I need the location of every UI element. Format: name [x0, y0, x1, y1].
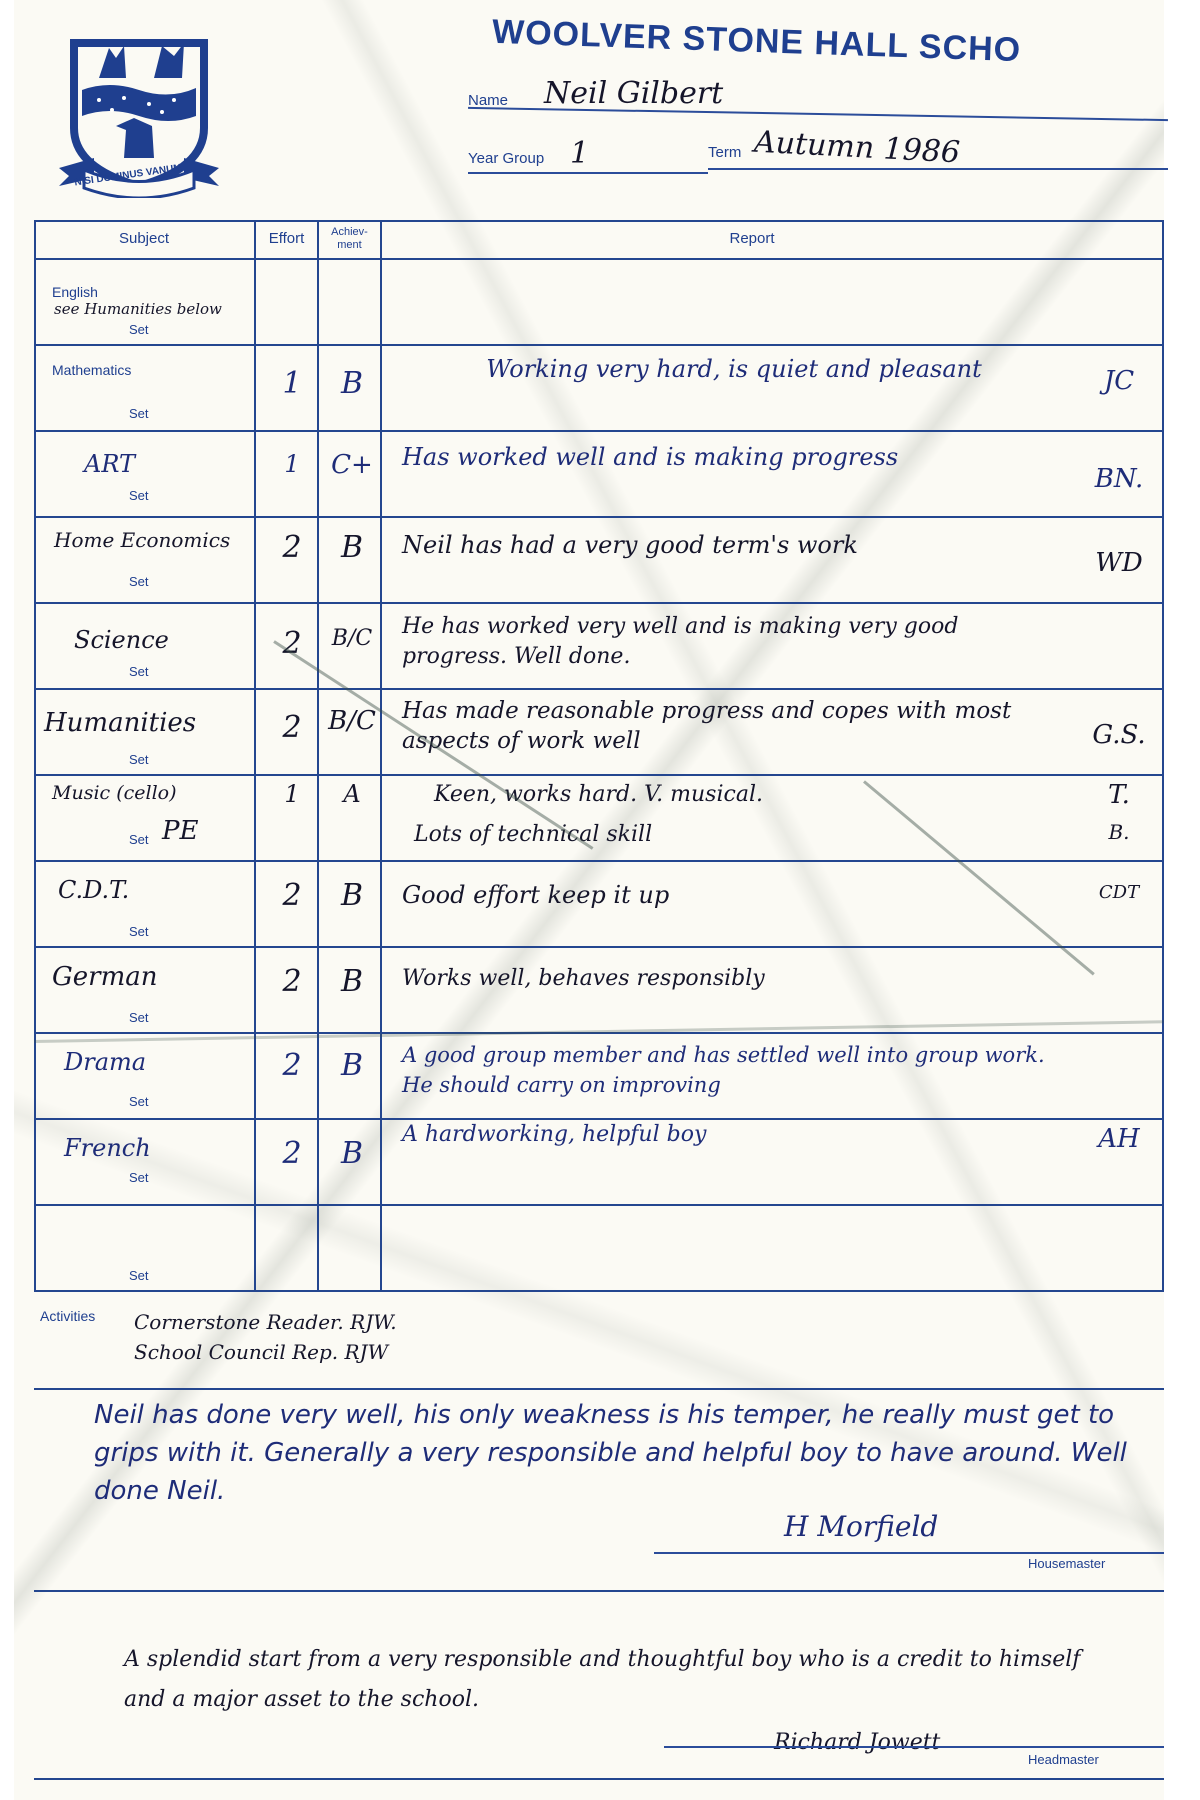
table-row: Mathematics Set 1 B Working very hard, i… [34, 346, 1164, 430]
subject-label: C.D.T. [58, 876, 129, 904]
achievement-grade: B [322, 1136, 382, 1171]
subject-label: Music (cello) [52, 782, 177, 804]
effort-grade: 1 [272, 780, 312, 808]
col-header-effort: Effort [256, 230, 317, 247]
headmaster-signature: Richard Jowett [774, 1730, 940, 1755]
table-row: Drama Set 2 B A good group member and ha… [34, 1034, 1164, 1118]
achievement-grade: B [322, 1048, 382, 1083]
col-header-achievement-line2: ment [337, 239, 361, 251]
effort-grade: 2 [272, 530, 312, 565]
teacher-initials: G.S. [1084, 720, 1154, 750]
col-header-achievement-line1: Achiev- [331, 226, 368, 238]
achievement-grade: A [322, 780, 382, 808]
subject-label: English [52, 284, 98, 300]
report-comment: Has made reasonable progress and copes w… [402, 696, 1062, 756]
term-label: Term [708, 144, 741, 161]
teacher-initials: BN. [1084, 464, 1154, 494]
col-header-subject: Subject [34, 230, 254, 247]
achievement-grade: C+ [322, 450, 382, 480]
table-row: ART Set 1 C+ Has worked well and is maki… [34, 432, 1164, 516]
set-label: Set [129, 322, 149, 337]
term-value: Autumn 1986 [753, 125, 961, 171]
achievement-grade: B [322, 366, 382, 401]
table-row: German Set 2 B Works well, behaves respo… [34, 948, 1164, 1032]
subject-label: Mathematics [52, 362, 131, 378]
col-header-report: Report [382, 230, 1122, 247]
activities-label: Activities [40, 1308, 95, 1324]
set-label: Set [129, 488, 149, 503]
name-value: Neil Gilbert [544, 76, 723, 111]
report-comment: He has worked very well and is making ve… [402, 612, 1062, 672]
table-row: Science Set 2 B/C He has worked very wel… [34, 604, 1164, 688]
set-label: Set [129, 574, 149, 589]
table-row: French Set 2 B A hardworking, helpful bo… [34, 1120, 1164, 1204]
teacher-initials: WD [1084, 548, 1154, 578]
achievement-grade: B [322, 878, 382, 913]
set-label: Set [129, 1094, 149, 1109]
report-comment: Keen, works hard. V. musical. [434, 780, 1094, 810]
year-group-underline [468, 172, 708, 174]
subject-label: Drama [64, 1048, 146, 1076]
activity-entry: School Council Rep. RJW [134, 1340, 388, 1364]
effort-grade: 2 [272, 1136, 312, 1171]
effort-grade: 1 [272, 366, 312, 401]
table-row: C.D.T. Set 2 B Good effort keep it up CD… [34, 862, 1164, 946]
subject-label: Science [74, 626, 169, 654]
report-comment: A hardworking, helpful boy [402, 1120, 1062, 1150]
report-comment-secondary: Lots of technical skill [414, 820, 1074, 850]
achievement-grade: B/C [322, 706, 382, 736]
housemaster-role-label: Housemaster [1028, 1556, 1105, 1571]
effort-grade: 2 [272, 964, 312, 999]
subject-label: French [64, 1134, 151, 1162]
report-comment: Works well, behaves responsibly [402, 964, 1062, 994]
effort-grade: 2 [272, 878, 312, 913]
teacher-initials: CDT [1084, 882, 1154, 903]
report-card: NISI DOMINUS VANUM WOOLVER STONE HALL SC… [14, 0, 1164, 1800]
housemaster-signature: H Morfield [784, 1510, 938, 1543]
table-row: Music (cello) Set PE 1 A Keen, works har… [34, 776, 1164, 860]
report-comment: Good effort keep it up [402, 880, 1062, 910]
table-row: Set [34, 1206, 1164, 1290]
headmaster-signature-line [664, 1746, 1164, 1748]
achievement-grade: B/C [322, 626, 382, 651]
set-label: Set [129, 406, 149, 421]
report-comment: A good group member and has settled well… [402, 1040, 1062, 1100]
report-comment: Neil has had a very good term's work [402, 530, 1062, 560]
teacher-initials: AH [1084, 1124, 1154, 1154]
col-header-achievement: Achiev- ment [319, 226, 380, 252]
school-title: WOOLVER STONE HALL SCHO [491, 13, 1021, 70]
table-row: English see Humanities below Set [34, 260, 1164, 344]
subject-label: ART [84, 450, 135, 478]
effort-grade: 2 [272, 1048, 312, 1083]
housemaster-comment: Neil has done very well, his only weakne… [94, 1396, 1134, 1510]
headmaster-role-label: Headmaster [1028, 1752, 1099, 1767]
subject-note: see Humanities below [54, 300, 244, 318]
effort-grade: 2 [272, 710, 312, 745]
achievement-grade: B [322, 964, 382, 999]
subject-label: Home Economics [54, 528, 230, 552]
achievement-grade: B [322, 530, 382, 565]
teacher-initials-secondary: B. [1084, 820, 1154, 844]
report-comment: Has worked well and is making progress [402, 442, 922, 472]
set-label: Set [129, 832, 149, 847]
effort-grade: 1 [272, 450, 312, 478]
activity-entry: Cornerstone Reader. RJW. [134, 1310, 397, 1334]
year-group-label: Year Group [468, 150, 544, 167]
set-label: Set [129, 1268, 149, 1283]
teacher-initials: JC [1084, 366, 1154, 396]
table-row: Home Economics Set 2 B Neil has had a ve… [34, 518, 1164, 602]
term-underline [708, 168, 1168, 170]
report-comment: Working very hard, is quiet and pleasant [414, 354, 1054, 384]
set-label: Set [129, 924, 149, 939]
teacher-initials: T. [1084, 780, 1154, 810]
set-label: Set [129, 1170, 149, 1185]
table-row: Humanities Set 2 B/C Has made reasonable… [34, 690, 1164, 774]
housemaster-signature-line [654, 1552, 1164, 1554]
subject-label: German [52, 962, 158, 992]
headmaster-comment: A splendid start from a very responsible… [124, 1640, 1104, 1720]
subject-label: Humanities [44, 708, 196, 738]
set-label: Set [129, 752, 149, 767]
set-label: Set [129, 664, 149, 679]
name-underline [468, 107, 1168, 121]
subject-extra-label: PE [162, 816, 198, 846]
year-group-value: 1 [570, 136, 589, 171]
set-label: Set [129, 1010, 149, 1025]
